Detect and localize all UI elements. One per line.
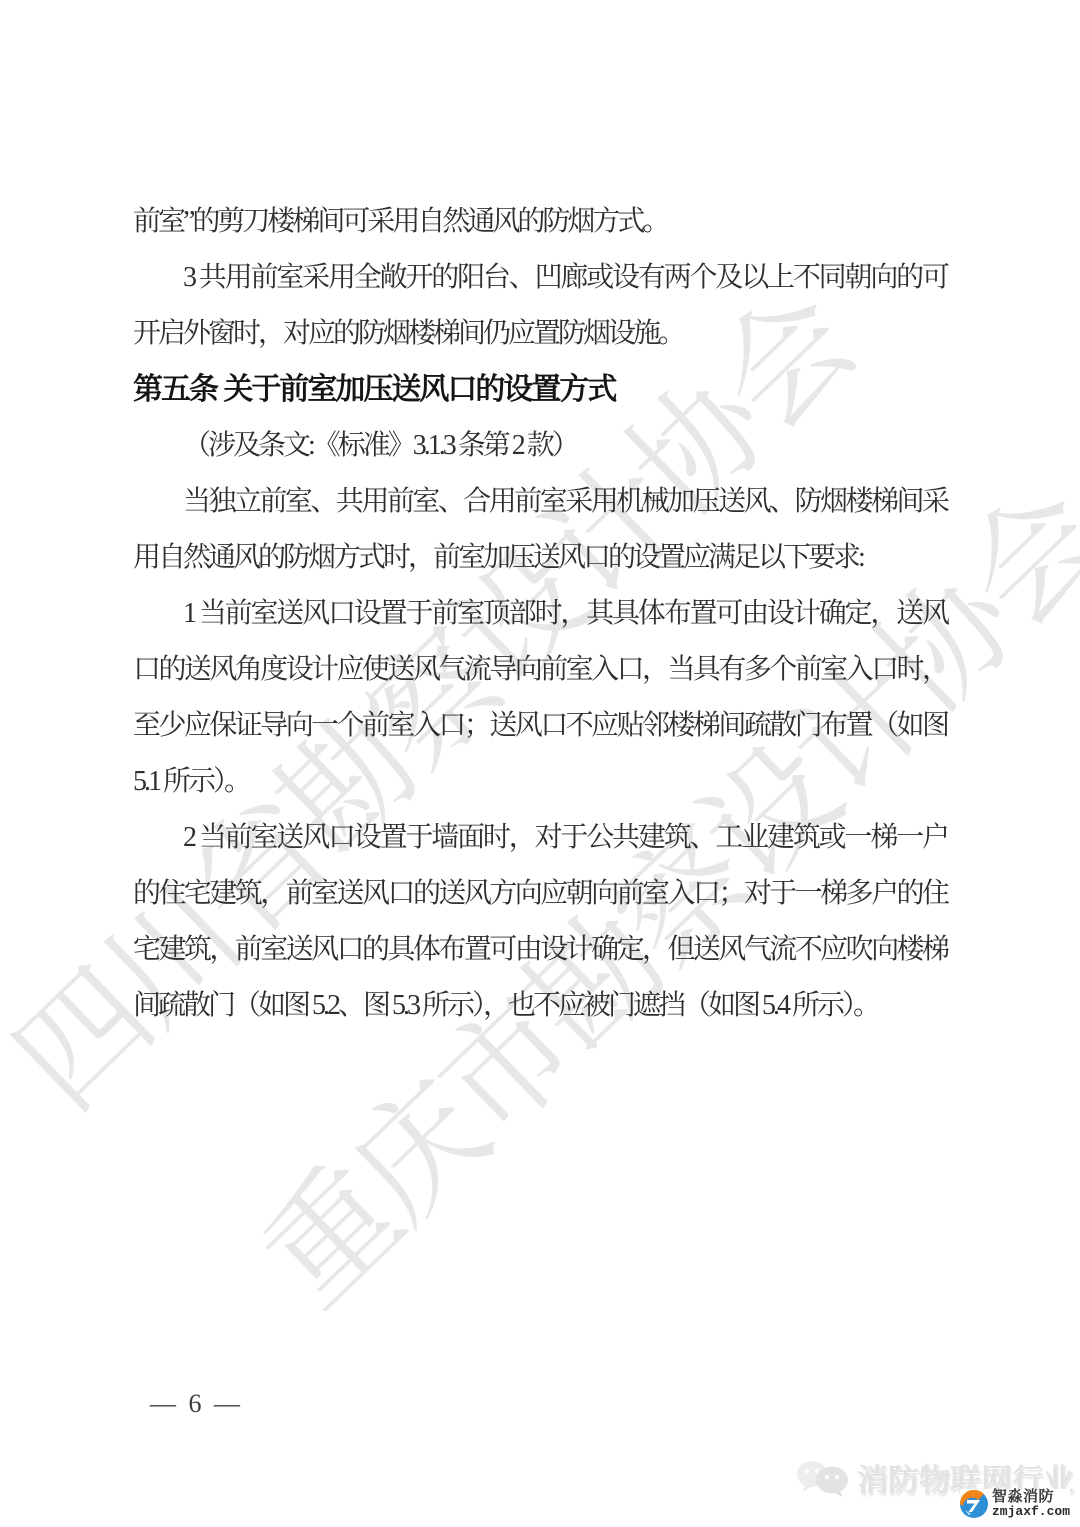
logo-name: 智淼消防 [992, 1489, 1070, 1504]
text-line: 5.1 所示）。 [133, 754, 947, 810]
document-page: 四川省勘察设计协会 重庆市勘察设计协会 前室”的剪刀楼梯间可采用自然通风的防烟方… [0, 0, 1080, 1527]
text-line: （涉及条文:《标准》3.1.3 条第 2 款） [133, 418, 947, 474]
text-line: 至少应保证导向一个前室入口；送风口不应贴邻楼梯间疏散门布置（如图 [133, 698, 947, 754]
text-line: 3 共用前室采用全敞开的阳台、凹廊或设有两个及以上不同朝向的可 [133, 250, 947, 306]
text-line: 间疏散门（如图 5.2、图 5.3 所示），也不应被门遮挡（如图 5.4 所示）… [133, 978, 947, 1034]
logo-domain: zmjaxf.com [992, 1505, 1070, 1518]
text-line: 的住宅建筑，前室送风口的送风方向应朝向前室入口；对于一梯多户的住 [133, 866, 947, 922]
document-text: 前室”的剪刀楼梯间可采用自然通风的防烟方式。 3 共用前室采用全敞开的阳台、凹廊… [133, 194, 947, 1034]
text-line: 2 当前室送风口设置于墙面时，对于公共建筑、工业建筑或一梯一户 [133, 810, 947, 866]
logo-swoosh-icon [960, 1490, 988, 1518]
page-number: — 6 — [150, 1389, 243, 1419]
section-heading: 第五条 关于前室加压送风口的设置方式 [133, 362, 947, 418]
text-line: 前室”的剪刀楼梯间可采用自然通风的防烟方式。 [133, 194, 947, 250]
brand-logo: 智淼消防 zmjaxf.com [960, 1489, 1070, 1518]
text-line: 当独立前室、共用前室、合用前室采用机械加压送风、防烟楼梯间采 [133, 474, 947, 530]
text-line: 宅建筑，前室送风口的具体布置可由设计确定，但送风气流不应吹向楼梯 [133, 922, 947, 978]
text-line: 1 当前室送风口设置于前室顶部时，其具体布置可由设计确定，送风 [133, 586, 947, 642]
text-line: 口的送风角度设计应使送风气流导向前室入口，当具有多个前室入口时， [133, 642, 947, 698]
text-line: 用自然通风的防烟方式时，前室加压送风口的设置应满足以下要求: [133, 530, 947, 586]
text-line: 开启外窗时，对应的防烟楼梯间仍应置防烟设施。 [133, 306, 947, 362]
chat-bubbles-icon [795, 1459, 851, 1497]
